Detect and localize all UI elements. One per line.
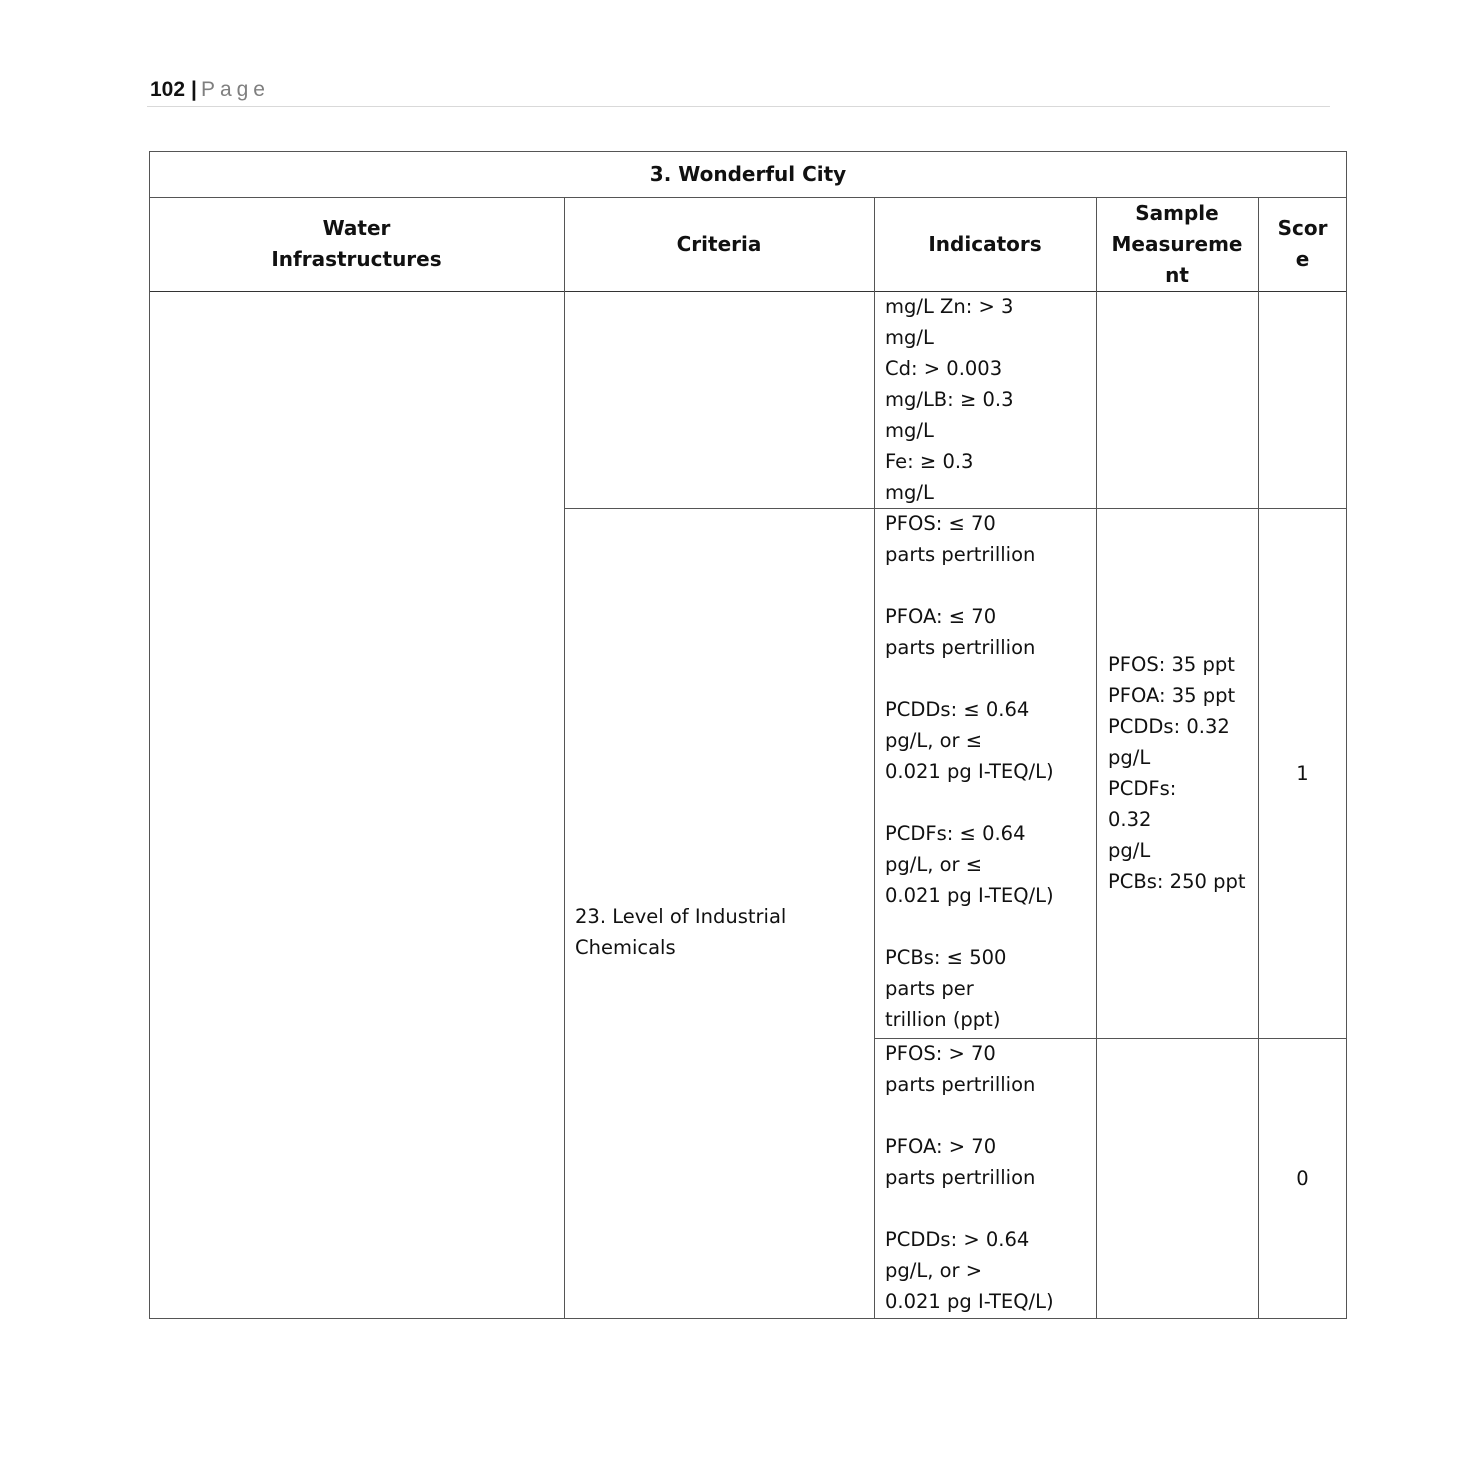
criteria-cell-23: 23. Level of Industrial Chemicals bbox=[564, 508, 874, 1319]
page-header: 102|Page bbox=[150, 76, 270, 104]
indicators-cell-row-3: PFOS: > 70 parts pertrillion PFOA: > 70 … bbox=[874, 1038, 1096, 1318]
table-border-left bbox=[149, 151, 150, 1319]
col-header-score: Scor e bbox=[1258, 197, 1347, 291]
col-header-water-infrastructures: Water Infrastructures bbox=[149, 197, 564, 291]
score-cell-row-2: 1 bbox=[1258, 508, 1347, 1038]
sample-measurement-cell-row-2: PFOS: 35 ppt PFOA: 35 ppt PCDDs: 0.32 pg… bbox=[1096, 508, 1258, 1038]
col-header-indicators: Indicators bbox=[874, 197, 1096, 291]
col-header-criteria: Criteria bbox=[564, 197, 874, 291]
page-label: Page bbox=[201, 78, 270, 101]
score-cell-row-3: 0 bbox=[1258, 1038, 1347, 1318]
header-row-divider bbox=[149, 291, 1347, 292]
table-title: 3. Wonderful City bbox=[149, 151, 1347, 197]
col-header-sample-measurement: Sample Measureme nt bbox=[1096, 197, 1258, 291]
indicators-cell-row-2: PFOS: ≤ 70 parts pertrillion PFOA: ≤ 70 … bbox=[874, 508, 1096, 1038]
page-separator: | bbox=[191, 78, 197, 101]
indicators-cell-row-1: mg/L Zn: > 3 mg/L Cd: > 0.003 mg/LB: ≥ 0… bbox=[874, 291, 1096, 508]
page-number: 102 bbox=[150, 78, 185, 101]
header-rule bbox=[147, 106, 1330, 107]
criteria-table: 3. Wonderful City Water Infrastructures … bbox=[149, 151, 1347, 1319]
